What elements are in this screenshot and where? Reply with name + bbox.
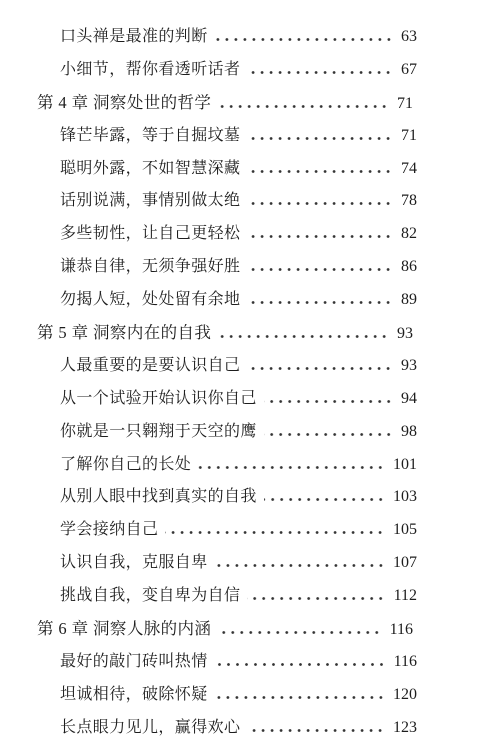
dot-leader-icon bbox=[218, 631, 381, 634]
toc-entry-page-number: 63 bbox=[401, 21, 417, 54]
dot-leader-icon bbox=[198, 466, 385, 469]
toc-entry-page-number: 116 bbox=[390, 614, 413, 647]
toc-entry-title: 锋芒毕露，等于自掘坟墓 bbox=[60, 120, 240, 153]
toc-entry-page-number: 93 bbox=[401, 350, 417, 383]
toc-entry-sub-21: 长点眼力见儿，赢得欢心 123 bbox=[0, 712, 481, 745]
dot-leader-icon bbox=[247, 301, 393, 304]
toc-entry-page-number: 120 bbox=[393, 679, 417, 712]
toc-entry-page-number: 89 bbox=[401, 284, 417, 317]
dot-leader-icon bbox=[247, 367, 393, 370]
toc-entry-title: 口头禅是最准的判断 bbox=[60, 21, 208, 54]
toc-entry-title: 话别说满，事情别做太绝 bbox=[60, 185, 240, 218]
toc-entry-title: 人最重要的是要认识自己 bbox=[60, 350, 240, 383]
dot-leader-icon bbox=[247, 729, 385, 732]
toc-entry-title: 认识自我，克服自卑 bbox=[60, 547, 208, 580]
toc-entry-page-number: 123 bbox=[393, 712, 417, 745]
toc-entry-page-number: 94 bbox=[401, 383, 417, 416]
dot-leader-icon bbox=[215, 38, 393, 41]
toc-entry-chapter-18: 第 6 章 洞察人脉的内涵 116 bbox=[0, 613, 481, 646]
dot-leader-icon bbox=[215, 696, 385, 699]
toc-entry-page-number: 86 bbox=[401, 251, 417, 284]
toc-entry-title: 小细节，帮你看透听话者 bbox=[60, 54, 240, 87]
toc-entry-sub-4: 聪明外露，不如智慧深藏 74 bbox=[0, 153, 481, 186]
toc-entry-page-number: 74 bbox=[401, 153, 417, 186]
toc-entry-title: 第 4 章 洞察处世的哲学 bbox=[37, 87, 211, 120]
toc-entry-title: 勿揭人短，处处留有余地 bbox=[60, 284, 240, 317]
dot-leader-icon bbox=[165, 531, 385, 534]
toc-entry-sub-6: 多些韧性，让自己更轻松 82 bbox=[0, 218, 481, 251]
toc-entry-sub-19: 最好的敲门砖叫热情 116 bbox=[0, 646, 481, 679]
toc-entry-page-number: 103 bbox=[393, 481, 417, 514]
dot-leader-icon bbox=[247, 137, 393, 140]
dot-leader-icon bbox=[264, 433, 393, 436]
toc-entry-title: 坦诚相待，破除怀疑 bbox=[60, 679, 208, 712]
toc-entry-page-number: 93 bbox=[397, 318, 413, 351]
dot-leader-icon bbox=[215, 663, 386, 666]
toc-entry-page-number: 116 bbox=[394, 646, 417, 679]
toc-entry-title: 第 5 章 洞察内在的自我 bbox=[37, 317, 211, 350]
dot-leader-icon bbox=[247, 170, 393, 173]
toc-entry-sub-14: 从别人眼中找到真实的自我 103 bbox=[0, 481, 481, 514]
toc-entry-sub-13: 了解你自己的长处 101 bbox=[0, 449, 481, 482]
toc-entry-sub-0: 口头禅是最准的判断 63 bbox=[0, 21, 481, 54]
toc-entry-sub-1: 小细节，帮你看透听话者 67 bbox=[0, 54, 481, 87]
toc-entry-chapter-9: 第 5 章 洞察内在的自我 93 bbox=[0, 317, 481, 350]
dot-leader-icon bbox=[215, 564, 385, 567]
dot-leader-icon bbox=[218, 335, 389, 338]
dot-leader-icon bbox=[247, 235, 393, 238]
toc-entry-page-number: 78 bbox=[401, 185, 417, 218]
toc-entry-title: 长点眼力见儿，赢得欢心 bbox=[60, 712, 240, 745]
toc-entry-page-number: 105 bbox=[393, 514, 417, 547]
toc-entry-title: 学会接纳自己 bbox=[60, 514, 158, 547]
toc-entry-sub-3: 锋芒毕露，等于自掘坟墓 71 bbox=[0, 120, 481, 153]
dot-leader-icon bbox=[247, 202, 393, 205]
toc-entry-title: 最好的敲门砖叫热情 bbox=[60, 646, 208, 679]
toc-entry-sub-8: 勿揭人短，处处留有余地 89 bbox=[0, 284, 481, 317]
toc-entry-page-number: 98 bbox=[401, 416, 417, 449]
toc-entry-sub-11: 从一个试验开始认识你自己 94 bbox=[0, 383, 481, 416]
toc-entry-page-number: 71 bbox=[401, 120, 417, 153]
toc-entry-title: 从别人眼中找到真实的自我 bbox=[60, 481, 257, 514]
dot-leader-icon bbox=[247, 71, 393, 74]
dot-leader-icon bbox=[264, 498, 385, 501]
toc-entry-title: 第 6 章 洞察人脉的内涵 bbox=[37, 613, 211, 646]
toc-entry-sub-12: 你就是一只翱翔于天空的鹰 98 bbox=[0, 416, 481, 449]
toc-entry-title: 挑战自我，变自卑为自信 bbox=[60, 580, 240, 613]
dot-leader-icon bbox=[218, 105, 389, 108]
toc-page: 口头禅是最准的判断 63 小细节，帮你看透听话者 67 第 4 章 洞察处世的哲… bbox=[0, 0, 481, 753]
toc-entry-page-number: 101 bbox=[393, 449, 417, 482]
toc-entry-sub-7: 谦恭自律，无须争强好胜 86 bbox=[0, 251, 481, 284]
toc-entry-page-number: 67 bbox=[401, 54, 417, 87]
toc-entry-sub-20: 坦诚相待，破除怀疑 120 bbox=[0, 679, 481, 712]
dot-leader-icon bbox=[247, 597, 385, 600]
toc-entry-page-number: 107 bbox=[393, 547, 417, 580]
toc-entry-sub-16: 认识自我，克服自卑 107 bbox=[0, 547, 481, 580]
toc-entry-chapter-2: 第 4 章 洞察处世的哲学 71 bbox=[0, 87, 481, 120]
toc-entry-title: 聪明外露，不如智慧深藏 bbox=[60, 153, 240, 186]
toc-entry-sub-17: 挑战自我，变自卑为自信 112 bbox=[0, 580, 481, 613]
toc-entry-title: 多些韧性，让自己更轻松 bbox=[60, 218, 240, 251]
toc-entry-page-number: 71 bbox=[397, 88, 413, 121]
toc-entry-sub-15: 学会接纳自己 105 bbox=[0, 514, 481, 547]
dot-leader-icon bbox=[264, 400, 393, 403]
toc-entry-sub-10: 人最重要的是要认识自己 93 bbox=[0, 350, 481, 383]
toc-entry-title: 了解你自己的长处 bbox=[60, 449, 191, 482]
toc-entry-title: 你就是一只翱翔于天空的鹰 bbox=[60, 416, 257, 449]
toc-entry-title: 谦恭自律，无须争强好胜 bbox=[60, 251, 240, 284]
toc-entry-page-number: 112 bbox=[394, 580, 417, 613]
toc-entry-title: 从一个试验开始认识你自己 bbox=[60, 383, 257, 416]
toc-list: 口头禅是最准的判断 63 小细节，帮你看透听话者 67 第 4 章 洞察处世的哲… bbox=[0, 21, 481, 745]
dot-leader-icon bbox=[247, 268, 393, 271]
toc-entry-page-number: 82 bbox=[401, 218, 417, 251]
toc-entry-sub-5: 话别说满，事情别做太绝 78 bbox=[0, 185, 481, 218]
